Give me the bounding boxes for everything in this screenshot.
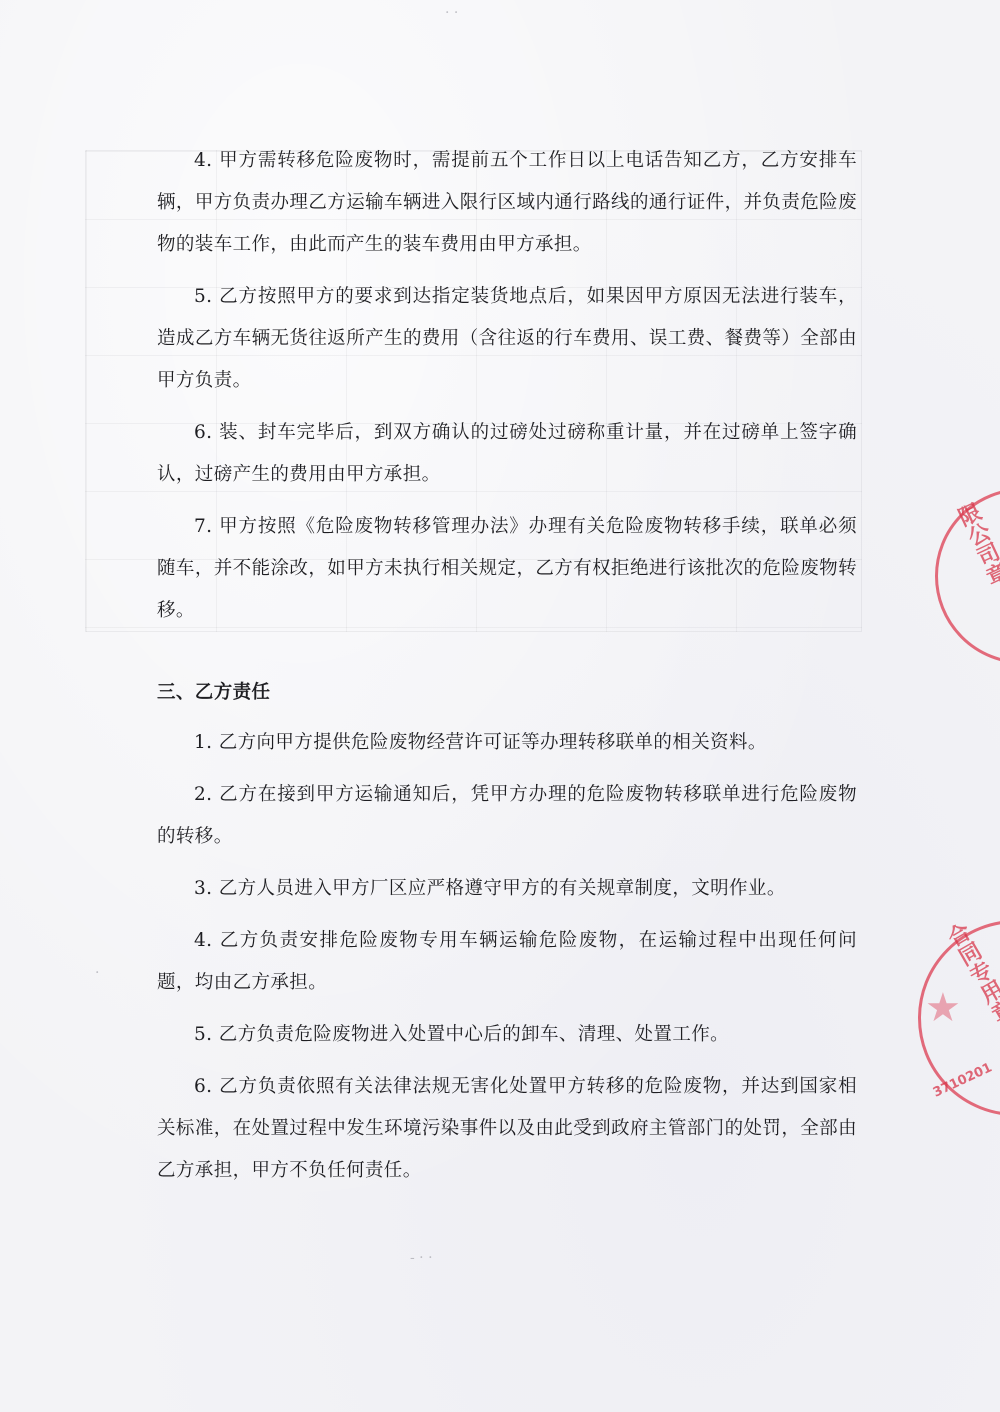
clause-2-4: 4. 甲方需转移危险废物时，需提前五个工作日以上电话告知乙方，乙方安排车辆，甲方… (157, 140, 857, 266)
stamp-code: 3710201 (931, 1060, 995, 1100)
stamp-text: 合同专用章限公司 (939, 918, 1000, 1086)
document-page: 4. 甲方需转移危险废物时，需提前五个工作日以上电话告知乙方，乙方安排车辆，甲方… (0, 0, 1000, 1412)
clause-3-3: 3. 乙方人员进入甲方厂区应严格遵守甲方的有关规章制度，文明作业。 (157, 868, 857, 910)
scan-artifact: - · · (410, 1250, 433, 1266)
scan-artifact: · · (445, 5, 458, 21)
clause-3-5: 5. 乙方负责危险废物进入处置中心后的卸车、清理、处置工作。 (157, 1014, 857, 1056)
clause-3-4: 4. 乙方负责安排危险废物专用车辆运输危险废物，在运输过程中出现任何问题，均由乙… (157, 920, 857, 1004)
contract-body: 4. 甲方需转移危险废物时，需提前五个工作日以上电话告知乙方，乙方安排车辆，甲方… (157, 140, 857, 1202)
clause-2-5: 5. 乙方按照甲方的要求到达指定装货地点后，如果因甲方原因无法进行装车，造成乙方… (157, 276, 857, 402)
company-seal-stamp: 限公司章 (935, 488, 1000, 664)
clause-3-1: 1. 乙方向甲方提供危险废物经营许可证等办理转移联单的相关资料。 (157, 722, 857, 764)
contract-seal-stamp: ★ 合同专用章限公司 3710201 (918, 920, 1000, 1116)
clause-2-7: 7. 甲方按照《危险废物转移管理办法》办理有关危险废物转移手续，联单必须随车，并… (157, 506, 857, 632)
clause-2-6: 6. 装、封车完毕后，到双方确认的过磅处过磅称重计量，并在过磅单上签字确认，过磅… (157, 412, 857, 496)
clause-3-6: 6. 乙方负责依照有关法律法规无害化处置甲方转移的危险废物，并达到国家相关标准，… (157, 1066, 857, 1192)
scan-artifact: · (95, 965, 99, 981)
stamp-text: 限公司章 (950, 498, 1000, 591)
star-icon: ★ (925, 985, 961, 1031)
section-3-heading: 三、乙方责任 (157, 672, 857, 714)
clause-3-2: 2. 乙方在接到甲方运输通知后，凭甲方办理的危险废物转移联单进行危险废物的转移。 (157, 774, 857, 858)
